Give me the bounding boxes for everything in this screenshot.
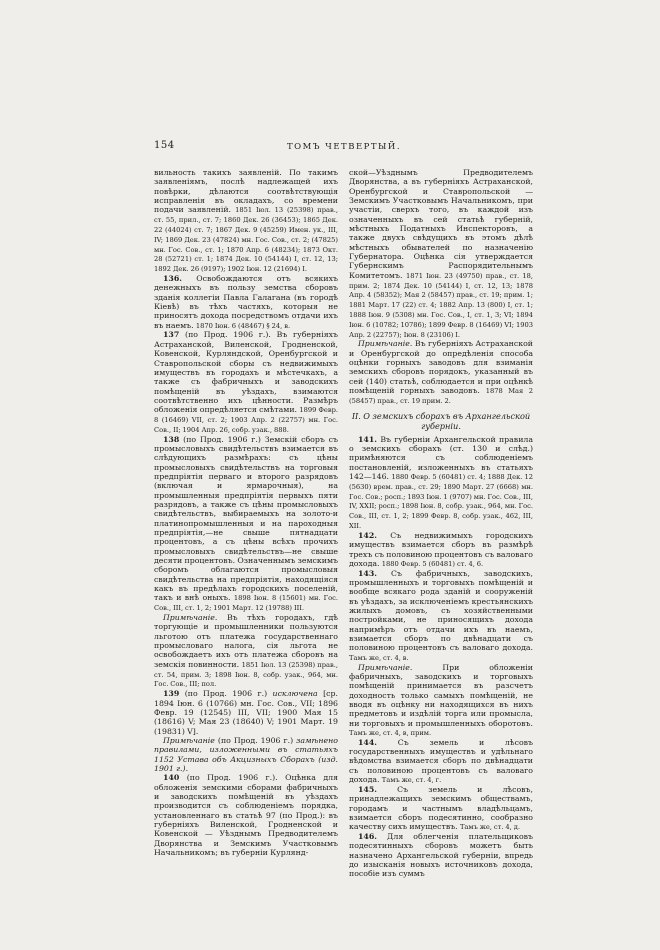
article-140: 140 (по Прод. 1906 г.). Оцѣнка для облож… [154,773,338,857]
body-text: Примѣчаніе [163,736,215,745]
body-text: 140 [163,773,179,782]
article-145: 145. Съ земель и лѣсовъ, принадлежащихъ … [349,785,533,832]
body-text: (по Прод. 1906 г.). Оцѣнка для обложенія… [154,773,338,857]
body-text: Примѣчаніе. [358,663,412,672]
body-text: 138 [163,435,179,444]
para-continuation-right: ской—Уѣзднымъ Предводителемъ Дворянства,… [349,168,533,339]
article-136: 136. Освобождаются отъ всякихъ денежныхъ… [154,274,338,331]
article-141: 141. Въ губерніи Архангельской правила о… [349,435,533,531]
scanned-book-page: 154 ТОМЪ ЧЕТВЕРТЫЙ. вильность такихъ зая… [0,0,660,950]
body-text: 143. [358,569,377,578]
section-heading: II. О земскихъ сборахъ въ Архангельской … [349,411,533,431]
body-text: 137 [163,330,179,339]
body-text: Для облегченія плательщиковъ подесятинны… [349,832,533,878]
note-article-140: Примѣчаніе. Въ губерніяхъ Астраханской и… [349,339,533,405]
article-144: 144. Съ земель и лѣсовъ государственныхъ… [349,738,533,785]
body-text: (по Прод. 1906 г.) [215,736,296,745]
body-text: Примѣчаніе. [163,613,217,622]
body-text: II. О земскихъ сборахъ въ Архангельской … [352,411,530,431]
body-text: исключена [273,689,318,698]
citation-text: 1851 Іюл. 13 (25398) прав., ст. 55, прил… [154,206,338,273]
running-title: ТОМЪ ЧЕТВЕРТЫЙ. [154,142,534,152]
citation-text: 1871 Іюн. 23 (49750) прав., ст. 18, прим… [349,272,533,339]
body-text: (по Прод. 1906 г.) [179,689,272,698]
citation-text: 1880 Февр. 5 (60481) ст. 4, 6. [382,560,483,568]
left-column: вильность такихъ заявленій. По такимъ за… [154,168,338,857]
citation-text: Тамъ же, ст. 4, д. [460,823,520,831]
citation-text: Тамъ же, ст. 4, в, прим. [349,729,431,737]
note-article-138: Примѣчаніе. Въ тѣхъ городахъ, гдѣ торгую… [154,613,338,689]
body-text: Примѣчаніе. [358,339,412,348]
page-header: 154 ТОМЪ ЧЕТВЕРТЫЙ. [154,140,534,156]
body-text: 146. [358,832,377,841]
two-column-text: вильность такихъ заявленій. По такимъ за… [154,168,534,879]
text-block: 154 ТОМЪ ЧЕТВЕРТЫЙ. вильность такихъ зая… [154,140,534,879]
article-142: 142. Съ недвижимыхъ городскихъ имуществъ… [349,531,533,569]
citation-text: 1880 Февр. 5 (60481) ст. 4; 1888 Дек. 12… [349,473,533,530]
citation-text: Тамъ же, ст. 4, г. [382,776,441,784]
body-text: 136. [163,274,182,283]
article-138: 138 (по Прод. 1906 г.) Земскій сборъ съ … [154,435,338,613]
body-text: Съ фабричныхъ, заводскихъ, промышленныхъ… [349,569,533,653]
body-text: 139 [163,689,179,698]
citation-text: 1870 Іюн. 6 (48467) § 24, в. [196,322,290,330]
body-text: (по Прод. 1906 г.). Въ губерніяхъ Астрах… [154,330,338,414]
citation-text: Тамъ же, ст. 4, в. [349,654,409,662]
body-text: 145. [358,785,377,794]
article-143: 143. Съ фабричныхъ, заводскихъ, промышле… [349,569,533,663]
para-continuation-left: вильность такихъ заявленій. По такимъ за… [154,168,338,274]
body-text: ской—Уѣзднымъ Предводителемъ Дворянства,… [349,168,533,280]
body-text: 142. [358,531,377,540]
body-text: 144. [358,738,377,747]
article-139: 139 (по Прод. 1906 г.) исключена [ср. 18… [154,689,338,736]
article-146: 146. Для облегченія плательщиковъ подеся… [349,832,533,879]
body-text: 141. [358,435,377,444]
right-column: ской—Уѣзднымъ Предводителемъ Дворянства,… [349,168,533,879]
body-text: (по Прод. 1906 г.) Земскій сборъ съ пром… [154,435,338,603]
note-article-139: Примѣчаніе (по Прод. 1906 г.) замѣнено п… [154,736,338,773]
article-137: 137 (по Прод. 1906 г.). Въ губерніяхъ Ас… [154,330,338,434]
body-text: При обложеніи фабричныхъ, заводскихъ и т… [349,663,533,728]
note-article-143: Примѣчаніе. При обложеніи фабричныхъ, за… [349,663,533,738]
